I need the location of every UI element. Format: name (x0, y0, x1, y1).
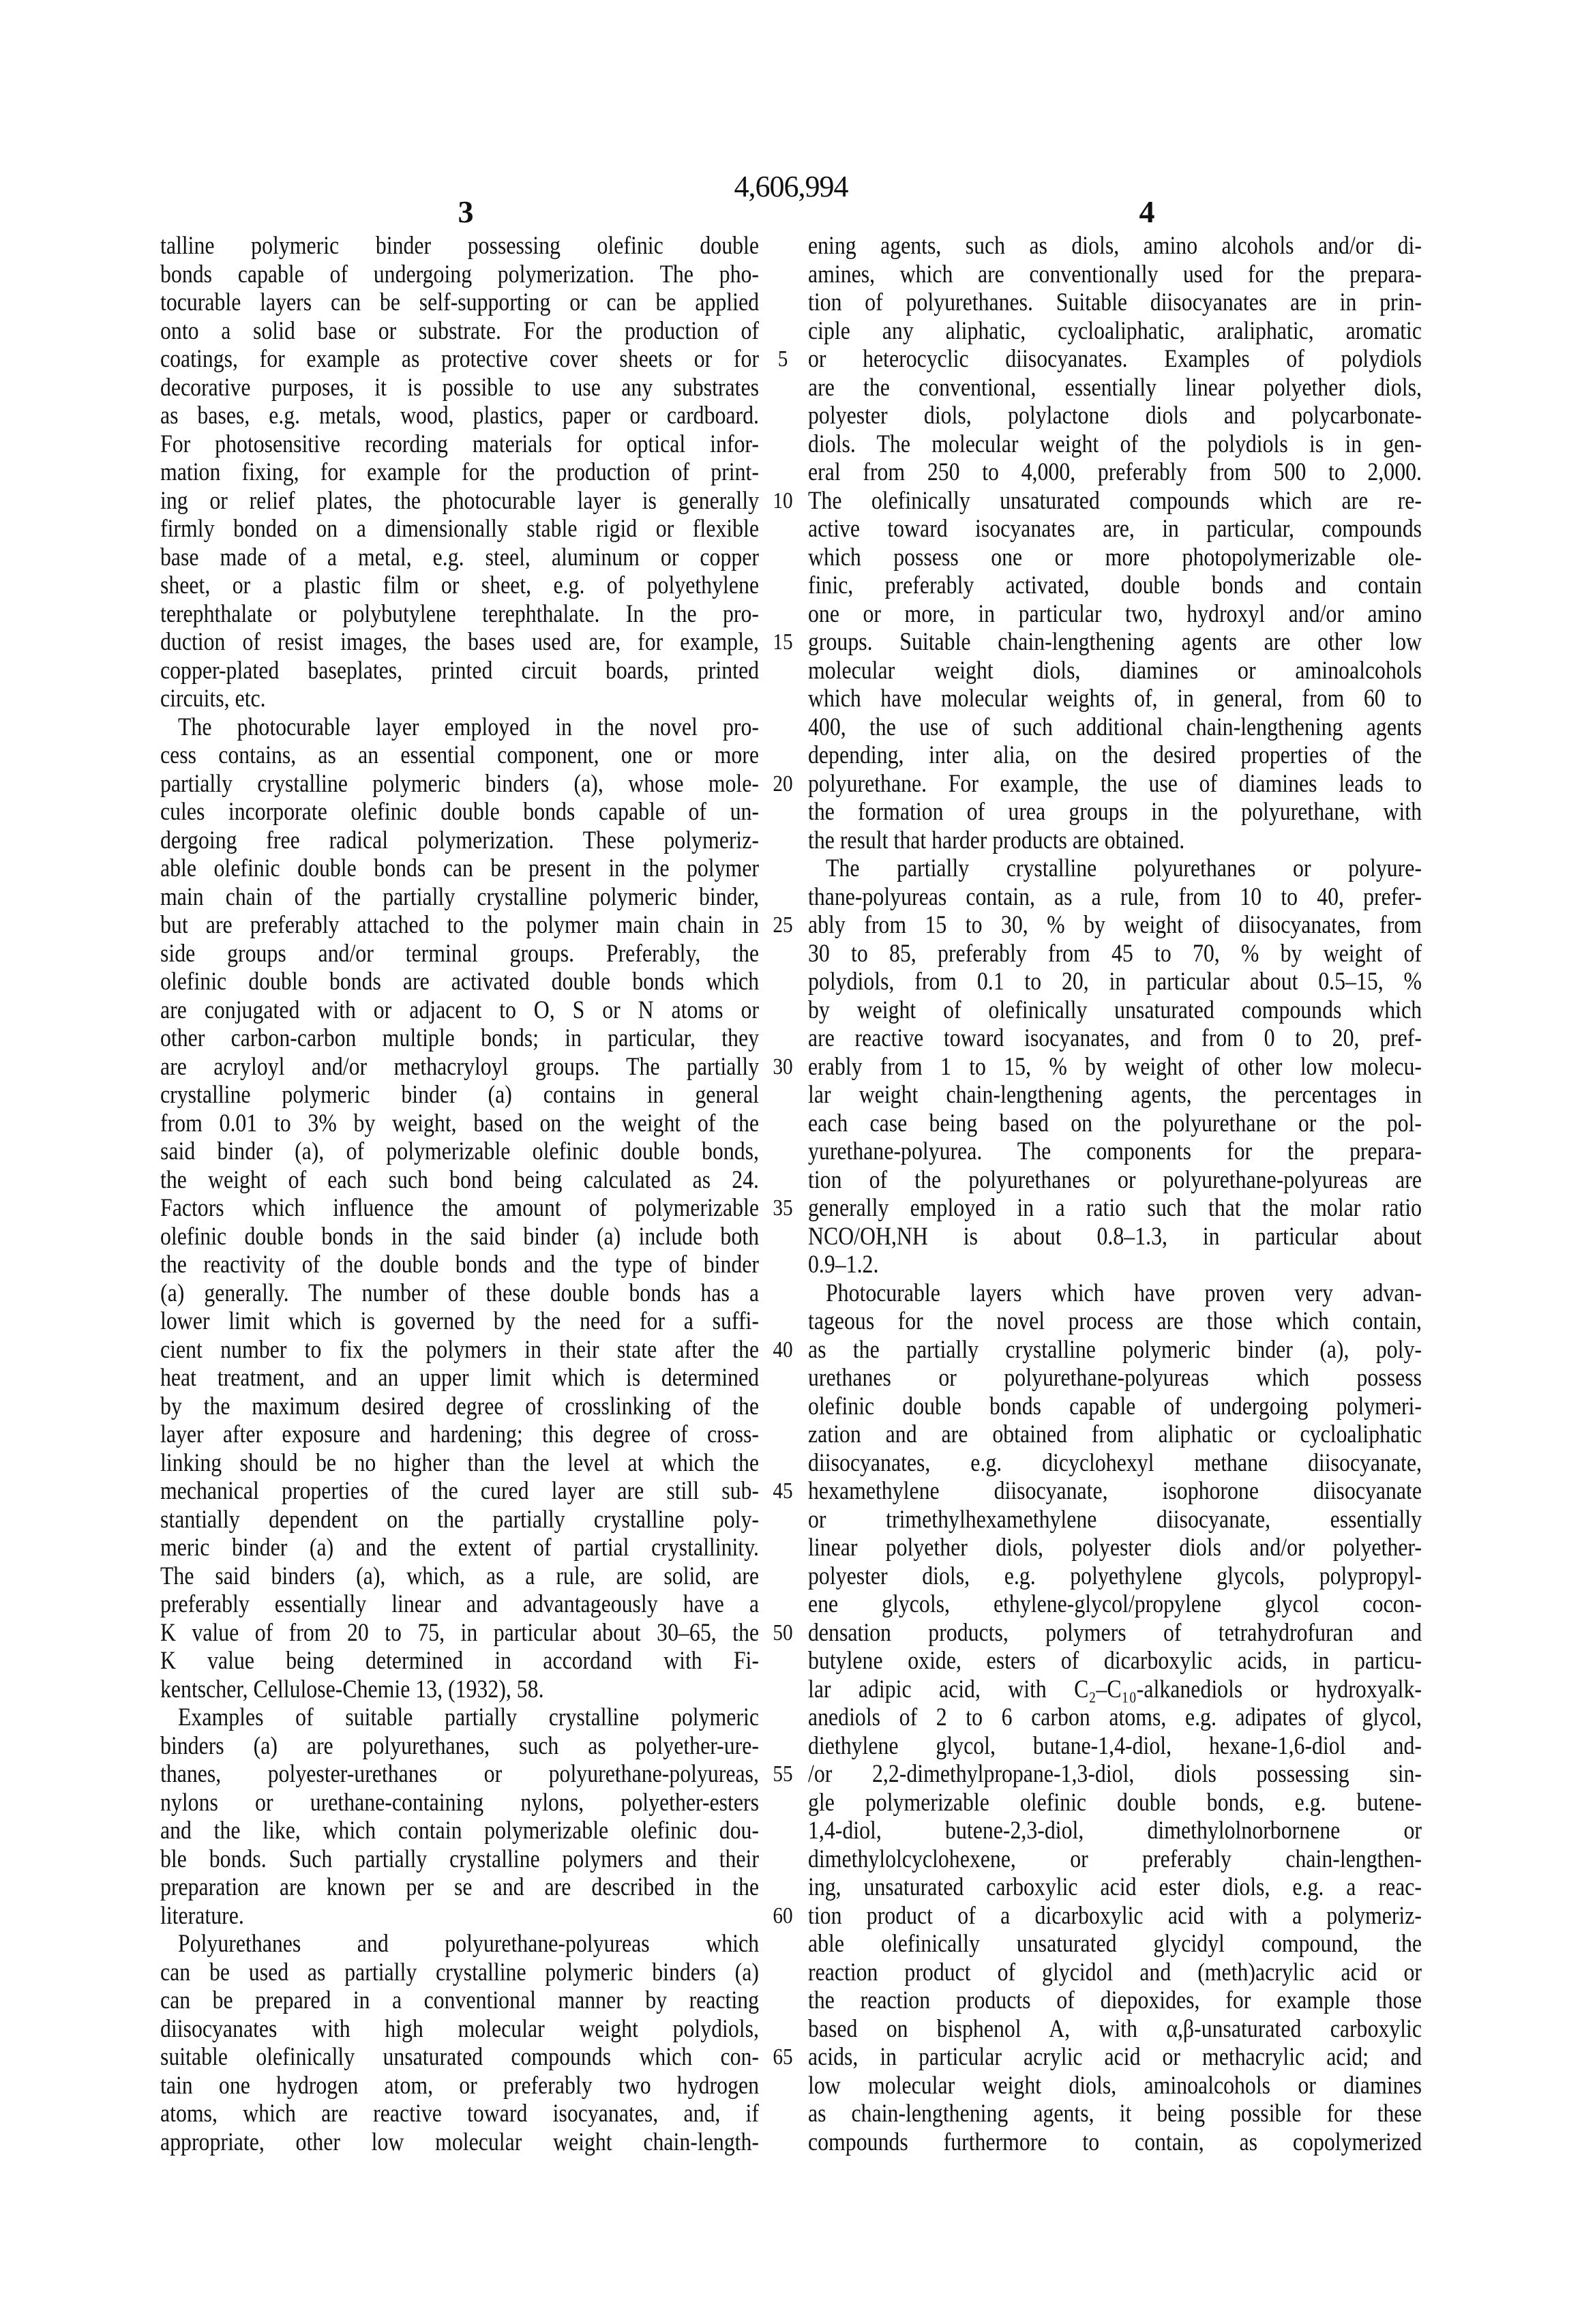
text-line: lar weight chain-lengthening agents, the… (808, 1081, 1422, 1109)
text-line-content: dimethylolcyclohexene, or preferably cha… (808, 1845, 1422, 1874)
text-line: densation products, polymers of tetrahyd… (808, 1619, 1422, 1648)
text-line: tion product of a dicarboxylic acid with… (808, 1902, 1422, 1931)
column-number-right: 4 (1120, 195, 1174, 229)
text-line: lar adipic acid, with C₂–C₁₀-alkanediols… (808, 1675, 1422, 1704)
text-line-content: 0.9–1.2. (808, 1251, 1422, 1279)
text-line: or trimethylhexamethylene diisocyanate, … (808, 1506, 1422, 1534)
text-line-content: one or more, in particular two, hydroxyl… (808, 600, 1422, 629)
text-line: groups. Suitable chain-lengthening agent… (808, 628, 1422, 657)
text-line-content: 30 to 85, preferably from 45 to 70, % by… (808, 940, 1422, 968)
text-line-content: as the partially crystalline polymeric b… (808, 1336, 1422, 1365)
text-line-content: and the like, which contain polymerizabl… (160, 1817, 759, 1845)
text-line: ble bonds. Such partially crystalline po… (160, 1845, 759, 1874)
text-line-content: polydiols, from 0.1 to 20, in particular… (808, 968, 1422, 996)
text-line: tion of the polyurethanes or polyurethan… (808, 1166, 1422, 1195)
text-line: molecular weight diols, diamines or amin… (808, 657, 1422, 685)
text-line: firmly bonded on a dimensionally stable … (160, 515, 759, 543)
text-line-content: copper-plated baseplates, printed circui… (160, 657, 759, 685)
text-line: one or more, in particular two, hydroxyl… (808, 600, 1422, 629)
text-line-content: depending, inter alia, on the desired pr… (808, 741, 1422, 770)
text-line-content: dergoing free radical polymerization. Th… (160, 826, 759, 855)
text-line: each case being based on the polyurethan… (808, 1109, 1422, 1138)
text-line: Photocurable layers which have proven ve… (808, 1279, 1422, 1308)
text-line: preferably essentially linear and advant… (160, 1590, 759, 1619)
text-line: polyester diols, e.g. polyethylene glyco… (808, 1562, 1422, 1591)
text-line-content: able olefinically unsaturated glycidyl c… (808, 1930, 1422, 1958)
text-line-content: urethanes or polyurethane-polyureas whic… (808, 1364, 1422, 1392)
text-line-content: /or 2,2-dimethylpropane-1,3-diol, diols … (808, 1760, 1422, 1789)
text-line-content: terephthalate or polybutylene terephthal… (160, 600, 759, 629)
text-line-content: or heterocyclic diisocyanates. Examples … (808, 345, 1422, 374)
text-line: as bases, e.g. metals, wood, plastics, p… (160, 402, 759, 430)
text-line: layer after exposure and hardening; this… (160, 1420, 759, 1449)
text-line-content: the reactivity of the double bonds and t… (160, 1251, 759, 1279)
text-line: said binder (a), of polymerizable olefin… (160, 1137, 759, 1166)
text-line-content: kentscher, Cellulose-Chemie 13, (1932), … (160, 1675, 759, 1704)
text-line-content: ing or relief plates, the photocurable l… (160, 487, 759, 516)
text-line: olefinic double bonds are activated doub… (160, 968, 759, 996)
text-line: or heterocyclic diisocyanates. Examples … (808, 345, 1422, 374)
text-line: compounds furthermore to contain, as cop… (808, 2128, 1422, 2157)
text-line-content: suitable olefinically unsaturated compou… (160, 2043, 759, 2072)
text-line: eral from 250 to 4,000, preferably from … (808, 458, 1422, 487)
text-line: olefinic double bonds capable of undergo… (808, 1392, 1422, 1421)
text-line-content: molecular weight diols, diamines or amin… (808, 657, 1422, 685)
text-line-content: olefinic double bonds capable of undergo… (808, 1392, 1422, 1421)
text-line-content: thanes, polyester-urethanes or polyureth… (160, 1760, 759, 1789)
text-line-content: are the conventional, essentially linear… (808, 374, 1422, 402)
text-line: yurethane-polyurea. The components for t… (808, 1137, 1422, 1166)
text-line-content: the weight of each such bond being calcu… (160, 1166, 759, 1195)
text-line-content: K value being determined in accordand wi… (160, 1647, 759, 1675)
text-line-content: by the maximum desired degree of crossli… (160, 1392, 759, 1421)
text-line-content: Polyurethanes and polyurethane-polyureas… (160, 1930, 759, 1958)
text-line: ably from 15 to 30, % by weight of diiso… (808, 911, 1422, 940)
text-line-content: NCO/OH,NH is about 0.8–1.3, in particula… (808, 1223, 1422, 1251)
text-line-content: ene glycols, ethylene-glycol/propylene g… (808, 1590, 1422, 1619)
text-line: the formation of urea groups in the poly… (808, 798, 1422, 826)
text-line: bonds capable of undergoing polymerizati… (160, 260, 759, 289)
text-line: are the conventional, essentially linear… (808, 374, 1422, 402)
text-line: diisocyanates with high molecular weight… (160, 2015, 759, 2044)
text-line-content: K value of from 20 to 75, in particular … (160, 1619, 759, 1648)
text-line: side groups and/or terminal groups. Pref… (160, 940, 759, 968)
text-line: heat treatment, and an upper limit which… (160, 1364, 759, 1392)
text-line: are acryloyl and/or methacryloyl groups.… (160, 1053, 759, 1082)
text-line-content: Photocurable layers which have proven ve… (808, 1279, 1422, 1308)
text-line-content: but are preferably attached to the polym… (160, 911, 759, 940)
text-line-content: acids, in particular acrylic acid or met… (808, 2043, 1422, 2072)
text-line-content: ciple any aliphatic, cycloaliphatic, ara… (808, 317, 1422, 346)
text-line: cient number to fix the polymers in thei… (160, 1336, 759, 1365)
text-line: butylene oxide, esters of dicarboxylic a… (808, 1647, 1422, 1675)
text-line-content: meric binder (a) and the extent of parti… (160, 1534, 759, 1562)
text-line-content: literature. (160, 1902, 759, 1931)
text-line: ciple any aliphatic, cycloaliphatic, ara… (808, 317, 1422, 346)
text-line: ing, unsaturated carboxylic acid ester d… (808, 1873, 1422, 1902)
text-line: from 0.01 to 3% by weight, based on the … (160, 1109, 759, 1138)
text-line-content: which possess one or more photopolymeriz… (808, 543, 1422, 572)
text-line: 400, the use of such additional chain-le… (808, 713, 1422, 742)
text-line-content: tageous for the novel process are those … (808, 1307, 1422, 1336)
text-line-content: lar adipic acid, with C₂–C₁₀-alkanediols… (808, 1675, 1422, 1704)
text-line: able olefinically unsaturated glycidyl c… (808, 1930, 1422, 1958)
line-number: 25 (771, 911, 794, 940)
text-line: talline polymeric binder possessing olef… (160, 232, 759, 260)
text-line: the reactivity of the double bonds and t… (160, 1251, 759, 1279)
text-line: literature. (160, 1902, 759, 1931)
text-line: binders (a) are polyurethanes, such as p… (160, 1732, 759, 1761)
text-line: kentscher, Cellulose-Chemie 13, (1932), … (160, 1675, 759, 1704)
text-line-content: polyester diols, e.g. polyethylene glyco… (808, 1562, 1422, 1591)
text-line-content: olefinic double bonds are activated doub… (160, 968, 759, 996)
line-number: 30 (771, 1053, 794, 1082)
text-line-content: (a) generally. The number of these doubl… (160, 1279, 759, 1308)
text-line: mation fixing, for example for the produ… (160, 458, 759, 487)
text-line-content: nylons or urethane-containing nylons, po… (160, 1789, 759, 1817)
text-line: The said binders (a), which, as a rule, … (160, 1562, 759, 1591)
text-line: mechanical properties of the cured layer… (160, 1477, 759, 1506)
text-line-content: the formation of urea groups in the poly… (808, 798, 1422, 826)
text-line: decorative purposes, it is possible to u… (160, 374, 759, 402)
text-line: 30 to 85, preferably from 45 to 70, % by… (808, 940, 1422, 968)
text-line: 1,4-diol, butene-2,3-diol, dimethylolnor… (808, 1817, 1422, 1845)
text-line-content: cules incorporate olefinic double bonds … (160, 798, 759, 826)
text-line: (a) generally. The number of these doubl… (160, 1279, 759, 1308)
text-line: ing or relief plates, the photocurable l… (160, 487, 759, 516)
text-line: onto a solid base or substrate. For the … (160, 317, 759, 346)
text-line: partially crystalline polymeric binders … (160, 770, 759, 799)
text-line: able olefinic double bonds can be presen… (160, 854, 759, 883)
text-line-content: duction of resist images, the bases used… (160, 628, 759, 657)
text-line-content: amines, which are conventionally used fo… (808, 260, 1422, 289)
text-line-content: compounds furthermore to contain, as cop… (808, 2128, 1422, 2157)
text-line-content: based on bisphenol A, with α,β-unsaturat… (808, 2015, 1422, 2044)
text-line-content: bonds capable of undergoing polymerizati… (160, 260, 759, 289)
line-number: 35 (771, 1194, 794, 1223)
text-line: polyester diols, polylactone diols and p… (808, 402, 1422, 430)
text-line-content: by weight of olefinically unsaturated co… (808, 996, 1422, 1025)
text-line: coatings, for example as protective cove… (160, 345, 759, 374)
patent-number: 4,606,994 (0, 169, 1582, 205)
text-line-content: crystalline polymeric binder (a) contain… (160, 1081, 759, 1109)
text-line-content: lower limit which is governed by the nee… (160, 1307, 759, 1336)
text-line-content: ably from 15 to 30, % by weight of diiso… (808, 911, 1422, 940)
text-line: The olefinically unsaturated compounds w… (808, 487, 1422, 516)
text-line: erably from 1 to 15, % by weight of othe… (808, 1053, 1422, 1082)
text-line-content: linking should be no higher than the lev… (160, 1449, 759, 1478)
text-line-content: generally employed in a ratio such that … (808, 1194, 1422, 1223)
text-line-content: tocurable layers can be self-supporting … (160, 288, 759, 317)
text-line: diisocyanates, e.g. dicyclohexyl methane… (808, 1449, 1422, 1478)
text-line-content: polyester diols, polylactone diols and p… (808, 402, 1422, 430)
text-line: Factors which influence the amount of po… (160, 1194, 759, 1223)
text-line: 0.9–1.2. (808, 1251, 1422, 1279)
text-line-content: atoms, which are reactive toward isocyan… (160, 2100, 759, 2128)
text-line: depending, inter alia, on the desired pr… (808, 741, 1422, 770)
text-line-content: are acryloyl and/or methacryloyl groups.… (160, 1053, 759, 1082)
text-line-content: gle polymerizable olefinic double bonds,… (808, 1789, 1422, 1817)
left-text-column: talline polymeric binder possessing olef… (160, 232, 759, 2156)
text-line: tageous for the novel process are those … (808, 1307, 1422, 1336)
text-line: by weight of olefinically unsaturated co… (808, 996, 1422, 1025)
text-line: cules incorporate olefinic double bonds … (160, 798, 759, 826)
text-line-content: thane-polyureas contain, as a rule, from… (808, 883, 1422, 912)
text-line-content: olefinic double bonds in the said binder… (160, 1223, 759, 1251)
text-line-content: said binder (a), of polymerizable olefin… (160, 1137, 759, 1166)
text-line: olefinic double bonds in the said binder… (160, 1223, 759, 1251)
text-line-content: densation products, polymers of tetrahyd… (808, 1619, 1422, 1648)
text-line-content: polyurethane. For example, the use of di… (808, 770, 1422, 799)
text-line-content: reaction product of glycidol and (meth)a… (808, 1958, 1422, 1987)
text-line: low molecular weight diols, aminoalcohol… (808, 2072, 1422, 2100)
text-line: reaction product of glycidol and (meth)a… (808, 1958, 1422, 1987)
text-line: zation and are obtained from aliphatic o… (808, 1420, 1422, 1449)
text-line-content: 1,4-diol, butene-2,3-diol, dimethylolnor… (808, 1817, 1422, 1845)
text-line: acids, in particular acrylic acid or met… (808, 2043, 1422, 2072)
text-line: main chain of the partially crystalline … (160, 883, 759, 912)
text-line: the weight of each such bond being calcu… (160, 1166, 759, 1195)
text-line-content: as bases, e.g. metals, wood, plastics, p… (160, 402, 759, 430)
text-line-content: talline polymeric binder possessing olef… (160, 232, 759, 260)
text-line: For photosensitive recording materials f… (160, 430, 759, 459)
text-line: as chain-lengthening agents, it being po… (808, 2100, 1422, 2128)
text-line: preparation are known per se and are des… (160, 1873, 759, 1902)
text-line-content: each case being based on the polyurethan… (808, 1109, 1422, 1138)
text-line-content: from 0.01 to 3% by weight, based on the … (160, 1109, 759, 1138)
text-line: nylons or urethane-containing nylons, po… (160, 1789, 759, 1817)
text-line-content: partially crystalline polymeric binders … (160, 770, 759, 799)
line-number: 60 (771, 1902, 794, 1931)
text-line: the result that harder products are obta… (808, 826, 1422, 855)
text-line: are conjugated with or adjacent to O, S … (160, 996, 759, 1025)
text-line: amines, which are conventionally used fo… (808, 260, 1422, 289)
text-line: Polyurethanes and polyurethane-polyureas… (160, 1930, 759, 1958)
line-number: 50 (771, 1619, 794, 1648)
text-line: copper-plated baseplates, printed circui… (160, 657, 759, 685)
text-line-content: as chain-lengthening agents, it being po… (808, 2100, 1422, 2128)
text-line: ene glycols, ethylene-glycol/propylene g… (808, 1590, 1422, 1619)
text-line: lower limit which is governed by the nee… (160, 1307, 759, 1336)
text-line: tion of polyurethanes. Suitable diisocya… (808, 288, 1422, 317)
text-line: appropriate, other low molecular weight … (160, 2128, 759, 2157)
text-line-content: tain one hydrogen atom, or preferably tw… (160, 2072, 759, 2100)
text-line: duction of resist images, the bases used… (160, 628, 759, 657)
text-line: crystalline polymeric binder (a) contain… (160, 1081, 759, 1109)
text-line: hexamethylene diisocyanate, isophorone d… (808, 1477, 1422, 1506)
text-line: which have molecular weights of, in gene… (808, 685, 1422, 713)
text-line: The photocurable layer employed in the n… (160, 713, 759, 742)
text-line-content: can be prepared in a conventional manner… (160, 1986, 759, 2015)
text-line-content: preparation are known per se and are des… (160, 1873, 759, 1902)
text-line: dimethylolcyclohexene, or preferably cha… (808, 1845, 1422, 1874)
text-line: anediols of 2 to 6 carbon atoms, e.g. ad… (808, 1703, 1422, 1732)
text-line: based on bisphenol A, with α,β-unsaturat… (808, 2015, 1422, 2044)
text-line-content: diisocyanates, e.g. dicyclohexyl methane… (808, 1449, 1422, 1478)
text-line-content: heat treatment, and an upper limit which… (160, 1364, 759, 1392)
line-number: 10 (771, 487, 794, 516)
text-line-content: the result that harder products are obta… (808, 826, 1422, 855)
text-line-content: diols. The molecular weight of the polyd… (808, 430, 1422, 459)
text-line: ening agents, such as diols, amino alcoh… (808, 232, 1422, 260)
text-line-content: sheet, or a plastic film or sheet, e.g. … (160, 571, 759, 600)
text-line: diethylene glycol, butane-1,4-diol, hexa… (808, 1732, 1422, 1761)
text-line: gle polymerizable olefinic double bonds,… (808, 1789, 1422, 1817)
text-line: the reaction products of diepoxides, for… (808, 1986, 1422, 2015)
text-line-content: coatings, for example as protective cove… (160, 345, 759, 374)
text-line: diols. The molecular weight of the polyd… (808, 430, 1422, 459)
text-line: finic, preferably activated, double bond… (808, 571, 1422, 600)
text-line-content: diisocyanates with high molecular weight… (160, 2015, 759, 2044)
text-line-content: firmly bonded on a dimensionally stable … (160, 515, 759, 543)
text-line-content: mechanical properties of the cured layer… (160, 1477, 759, 1506)
text-line-content: tion of polyurethanes. Suitable diisocya… (808, 288, 1422, 317)
text-line-content: layer after exposure and hardening; this… (160, 1420, 759, 1449)
text-line: thanes, polyester-urethanes or polyureth… (160, 1760, 759, 1789)
text-line: but are preferably attached to the polym… (160, 911, 759, 940)
text-line-content: circuits, etc. (160, 685, 759, 713)
text-line-content: side groups and/or terminal groups. Pref… (160, 940, 759, 968)
text-line-content: linear polyether diols, polyester diols … (808, 1534, 1422, 1562)
text-line-content: butylene oxide, esters of dicarboxylic a… (808, 1647, 1422, 1675)
text-line-content: The partially crystalline polyurethanes … (808, 854, 1422, 883)
text-line-content: mation fixing, for example for the produ… (160, 458, 759, 487)
text-line: by the maximum desired degree of crossli… (160, 1392, 759, 1421)
text-line: /or 2,2-dimethylpropane-1,3-diol, diols … (808, 1760, 1422, 1789)
text-line-content: eral from 250 to 4,000, preferably from … (808, 458, 1422, 487)
text-line-content: low molecular weight diols, aminoalcohol… (808, 2072, 1422, 2100)
text-line: other carbon-carbon multiple bonds; in p… (160, 1024, 759, 1053)
text-line: The partially crystalline polyurethanes … (808, 854, 1422, 883)
text-line-content: ble bonds. Such partially crystalline po… (160, 1845, 759, 1874)
text-line: circuits, etc. (160, 685, 759, 713)
text-line-content: For photosensitive recording materials f… (160, 430, 759, 459)
text-line: NCO/OH,NH is about 0.8–1.3, in particula… (808, 1223, 1422, 1251)
text-line-content: hexamethylene diisocyanate, isophorone d… (808, 1477, 1422, 1506)
text-line: as the partially crystalline polymeric b… (808, 1336, 1422, 1365)
text-line-content: finic, preferably activated, double bond… (808, 571, 1422, 600)
text-line-content: binders (a) are polyurethanes, such as p… (160, 1732, 759, 1761)
text-line-content: lar weight chain-lengthening agents, the… (808, 1081, 1422, 1109)
text-line-content: diethylene glycol, butane-1,4-diol, hexa… (808, 1732, 1422, 1761)
text-line-content: zation and are obtained from aliphatic o… (808, 1420, 1422, 1449)
text-line-content: appropriate, other low molecular weight … (160, 2128, 759, 2157)
text-line-content: stantially dependent on the partially cr… (160, 1506, 759, 1534)
line-number: 15 (771, 628, 794, 657)
text-line: can be used as partially crystalline pol… (160, 1958, 759, 1987)
text-line: K value of from 20 to 75, in particular … (160, 1619, 759, 1648)
text-line-content: tion product of a dicarboxylic acid with… (808, 1902, 1422, 1931)
text-line-content: The olefinically unsaturated compounds w… (808, 487, 1422, 516)
text-line-content: 400, the use of such additional chain-le… (808, 713, 1422, 742)
text-line-content: yurethane-polyurea. The components for t… (808, 1137, 1422, 1166)
text-line: polyurethane. For example, the use of di… (808, 770, 1422, 799)
text-line: meric binder (a) and the extent of parti… (160, 1534, 759, 1562)
text-line-content: anediols of 2 to 6 carbon atoms, e.g. ad… (808, 1703, 1422, 1732)
text-line-content: cient number to fix the polymers in thei… (160, 1336, 759, 1365)
text-line: terephthalate or polybutylene terephthal… (160, 600, 759, 629)
text-line: tain one hydrogen atom, or preferably tw… (160, 2072, 759, 2100)
text-line-content: able olefinic double bonds can be presen… (160, 854, 759, 883)
text-line-content: ening agents, such as diols, amino alcoh… (808, 232, 1422, 260)
line-number: 55 (771, 1760, 794, 1789)
text-line: base made of a metal, e.g. steel, alumin… (160, 543, 759, 572)
text-line: linking should be no higher than the lev… (160, 1449, 759, 1478)
text-line: cess contains, as an essential component… (160, 741, 759, 770)
text-line: which possess one or more photopolymeriz… (808, 543, 1422, 572)
text-line-content: Examples of suitable partially crystalli… (160, 1703, 759, 1732)
column-number-left: 3 (438, 195, 493, 229)
text-line: dergoing free radical polymerization. Th… (160, 826, 759, 855)
text-line-content: can be used as partially crystalline pol… (160, 1958, 759, 1987)
text-line-content: which have molecular weights of, in gene… (808, 685, 1422, 713)
text-line-content: groups. Suitable chain-lengthening agent… (808, 628, 1422, 657)
line-number: 5 (771, 345, 794, 374)
text-line: thane-polyureas contain, as a rule, from… (808, 883, 1422, 912)
text-line-content: Factors which influence the amount of po… (160, 1194, 759, 1223)
line-number: 65 (771, 2043, 794, 2072)
text-line-content: active toward isocyanates are, in partic… (808, 515, 1422, 543)
text-line-content: tion of the polyurethanes or polyurethan… (808, 1166, 1422, 1195)
text-line: stantially dependent on the partially cr… (160, 1506, 759, 1534)
text-line-content: erably from 1 to 15, % by weight of othe… (808, 1053, 1422, 1082)
text-line: Examples of suitable partially crystalli… (160, 1703, 759, 1732)
text-line-content: or trimethylhexamethylene diisocyanate, … (808, 1506, 1422, 1534)
text-line: urethanes or polyurethane-polyureas whic… (808, 1364, 1422, 1392)
line-number: 40 (771, 1336, 794, 1365)
text-line-content: decorative purposes, it is possible to u… (160, 374, 759, 402)
text-line-content: The said binders (a), which, as a rule, … (160, 1562, 759, 1591)
text-line-content: the reaction products of diepoxides, for… (808, 1986, 1422, 2015)
text-line-content: ing, unsaturated carboxylic acid ester d… (808, 1873, 1422, 1902)
text-line-content: are reactive toward isocyanates, and fro… (808, 1024, 1422, 1053)
text-line-content: The photocurable layer employed in the n… (160, 713, 759, 742)
text-line: and the like, which contain polymerizabl… (160, 1817, 759, 1845)
text-line: active toward isocyanates are, in partic… (808, 515, 1422, 543)
text-line: generally employed in a ratio such that … (808, 1194, 1422, 1223)
text-line-content: are conjugated with or adjacent to O, S … (160, 996, 759, 1025)
text-line: are reactive toward isocyanates, and fro… (808, 1024, 1422, 1053)
text-line: atoms, which are reactive toward isocyan… (160, 2100, 759, 2128)
text-line: polydiols, from 0.1 to 20, in particular… (808, 968, 1422, 996)
text-line-content: cess contains, as an essential component… (160, 741, 759, 770)
text-line-content: base made of a metal, e.g. steel, alumin… (160, 543, 759, 572)
text-line: suitable olefinically unsaturated compou… (160, 2043, 759, 2072)
text-line: can be prepared in a conventional manner… (160, 1986, 759, 2015)
text-line-content: main chain of the partially crystalline … (160, 883, 759, 912)
text-line: sheet, or a plastic film or sheet, e.g. … (160, 571, 759, 600)
text-line: K value being determined in accordand wi… (160, 1647, 759, 1675)
text-line: linear polyether diols, polyester diols … (808, 1534, 1422, 1562)
text-line-content: preferably essentially linear and advant… (160, 1590, 759, 1619)
right-text-column: ening agents, such as diols, amino alcoh… (808, 232, 1422, 2156)
line-number: 45 (771, 1477, 794, 1506)
text-line: tocurable layers can be self-supporting … (160, 288, 759, 317)
line-number: 20 (771, 770, 794, 799)
text-line-content: onto a solid base or substrate. For the … (160, 317, 759, 346)
text-line-content: other carbon-carbon multiple bonds; in p… (160, 1024, 759, 1053)
